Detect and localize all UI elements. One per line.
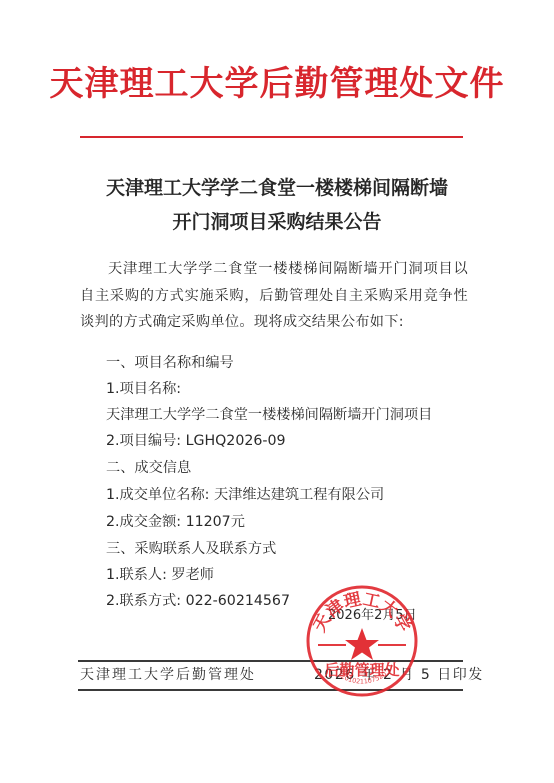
project-name-value: 天津理工大学学二食堂一楼楼梯间隔断墙开门洞项目 (106, 402, 492, 428)
footer-issue-date: 2026 年 2 月 5 日印发 (314, 664, 484, 686)
project-name-label: 1.项目名称: (106, 376, 492, 402)
footer-bottom-rule (78, 689, 463, 691)
section-heading-deal: 二、成交信息 (106, 455, 492, 481)
section-heading-contact: 三、采购联系人及联系方式 (106, 536, 492, 562)
header-red-rule (80, 136, 463, 138)
winning-company: 1.成交单位名称: 天津维达建筑工程有限公司 (106, 482, 492, 508)
document-page: 天津理工大学后勤管理处文件 天津理工大学学二食堂一楼楼梯间隔断墙 开门洞项目采购… (0, 0, 554, 783)
document-title-line-1: 天津理工大学学二食堂一楼楼梯间隔断墙 (0, 170, 554, 206)
footer-top-rule (78, 660, 463, 662)
document-title-line-2: 开门洞项目采购结果公告 (0, 204, 554, 240)
project-number: 2.项目编号: LGHQ2026-09 (106, 428, 492, 454)
header-title: 天津理工大学后勤管理处文件 (0, 64, 554, 104)
section-heading-project: 一、项目名称和编号 (106, 350, 492, 376)
contact-person: 1.联系人: 罗老师 (106, 562, 492, 588)
contact-phone: 2.联系方式: 022-60214567 (106, 588, 492, 614)
signature-date: 2026年2月5日 (328, 606, 417, 626)
footer-organization: 天津理工大学后勤管理处 (80, 664, 256, 686)
seal-star-icon (345, 628, 379, 660)
deal-amount: 2.成交金额: 11207元 (106, 509, 492, 535)
intro-paragraph: 天津理工大学学二食堂一楼楼梯间隔断墙开门洞项目以自主采购的方式实施采购，后勤管理… (80, 256, 468, 336)
